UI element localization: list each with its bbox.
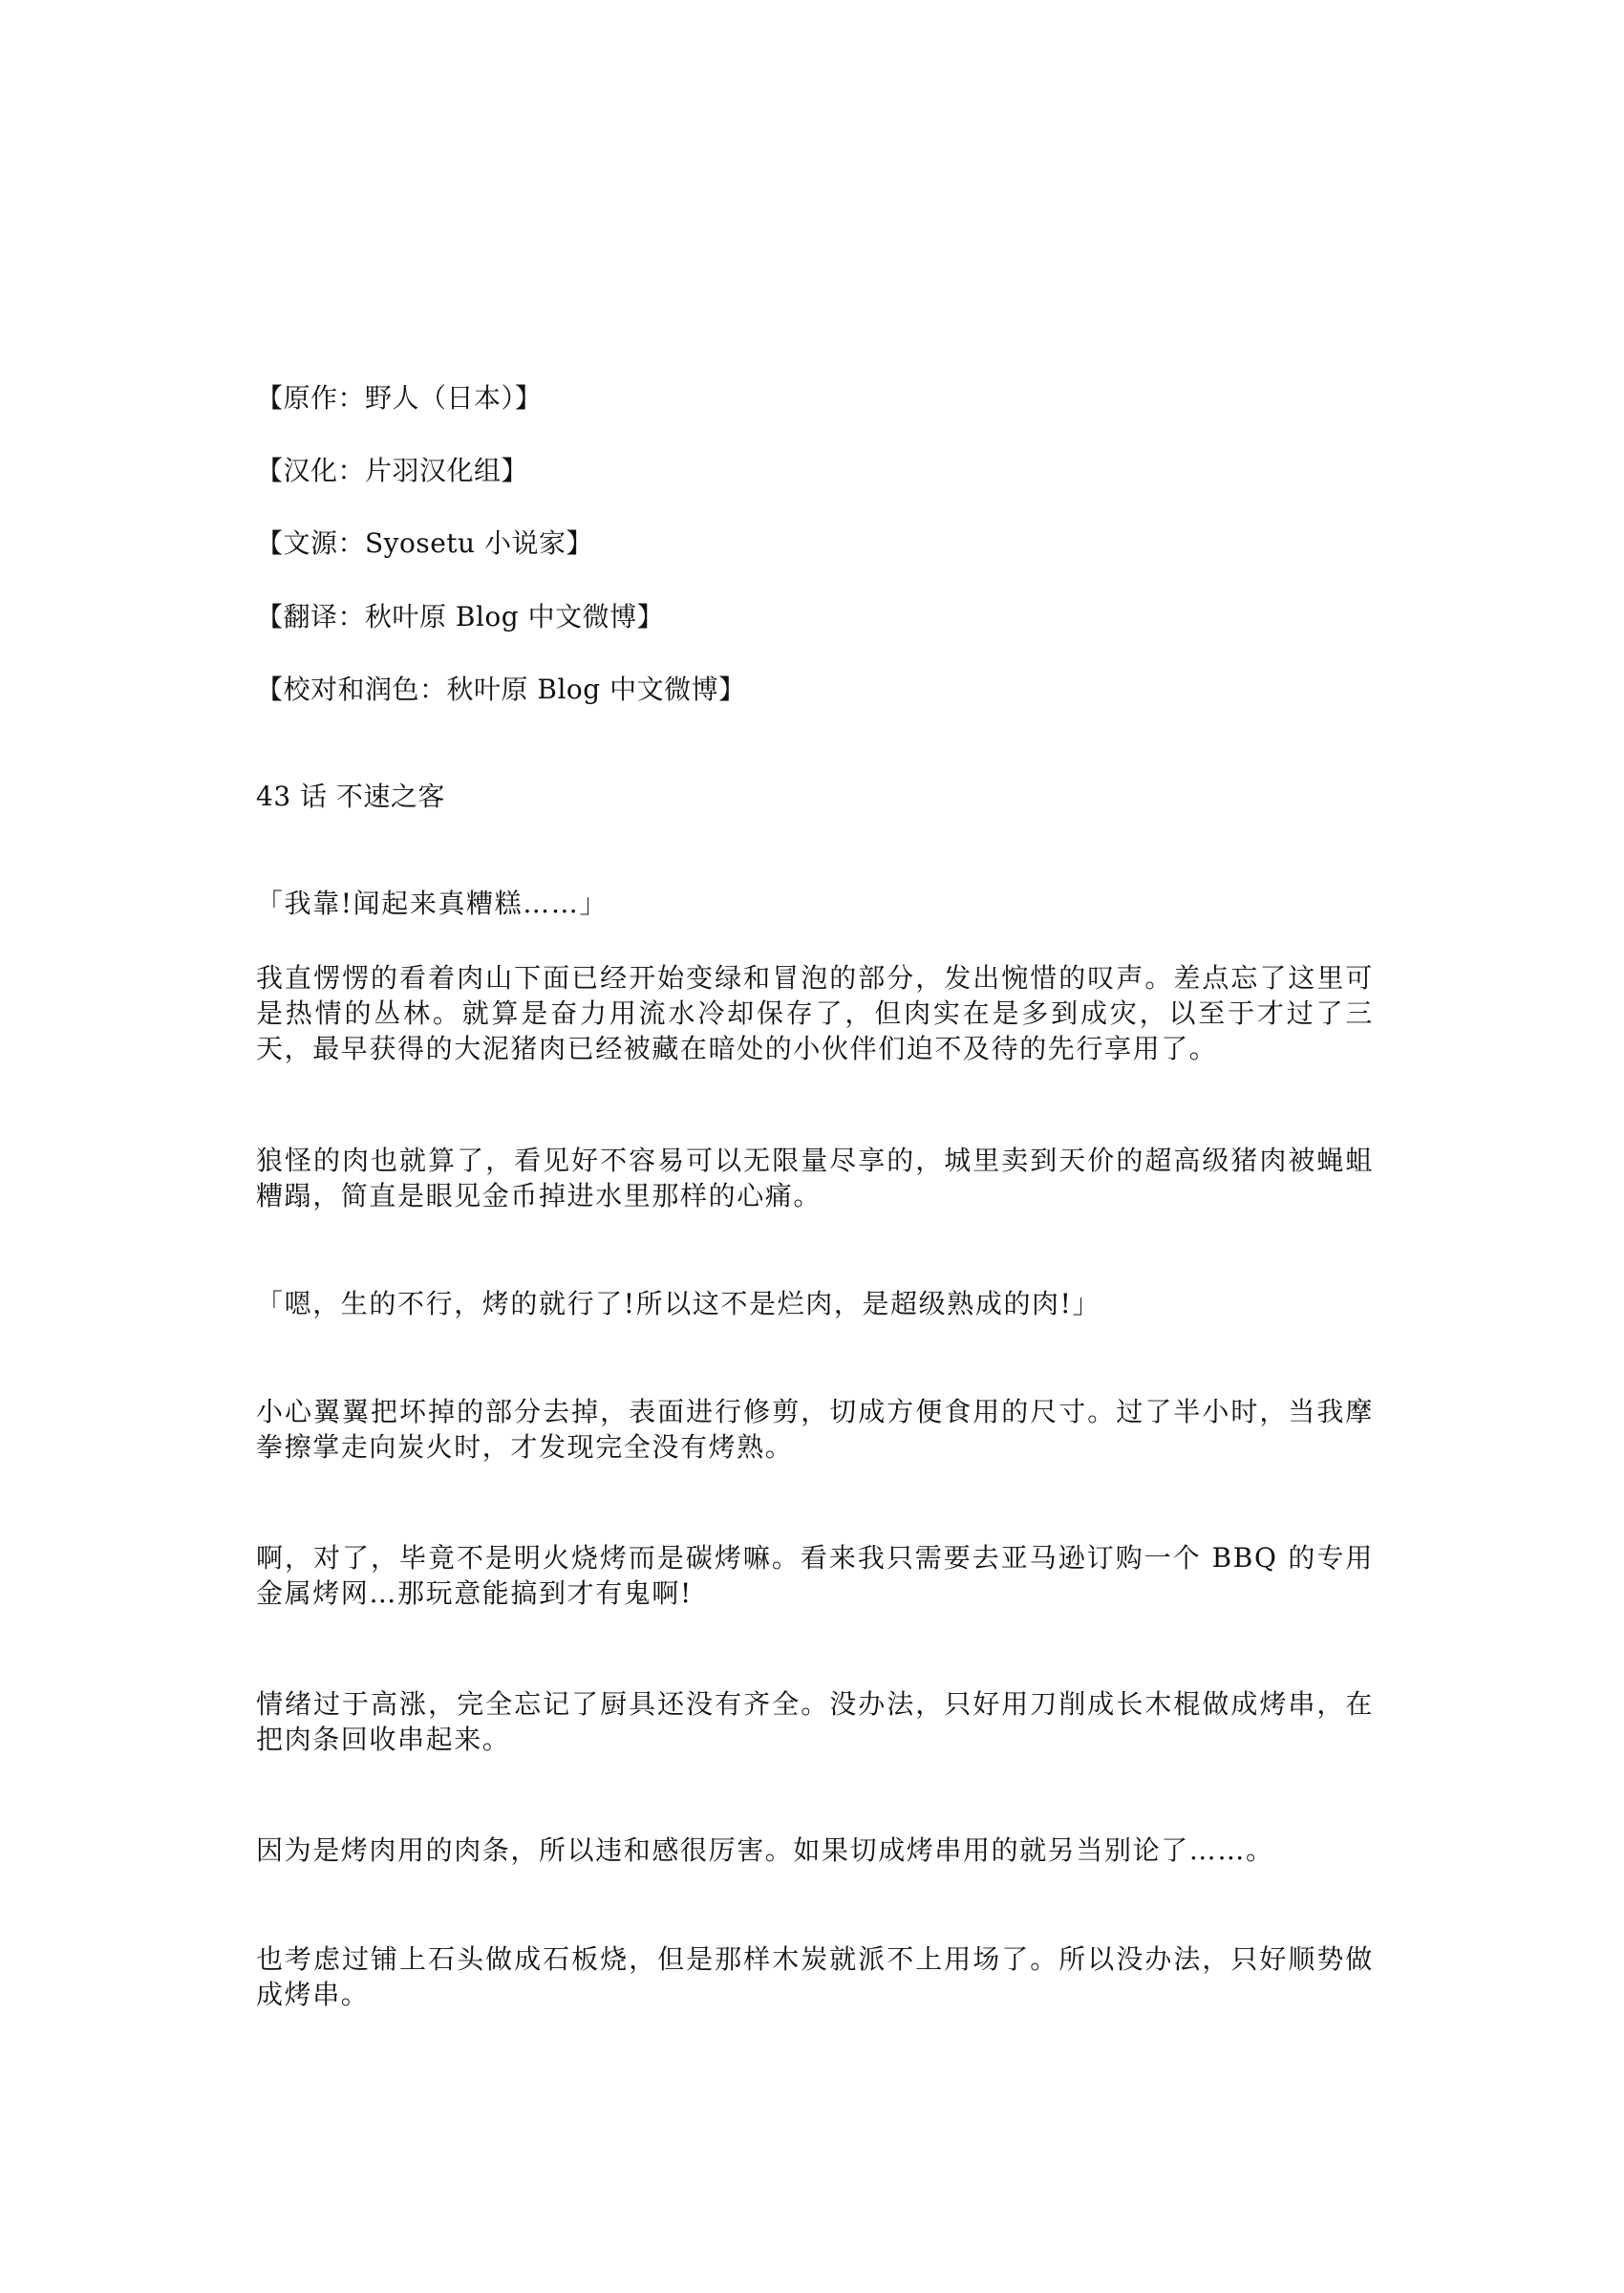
paragraph: 我直愣愣的看着肉山下面已经开始变绿和冒泡的部分，发出惋惜的叹声。差点忘了这里可是… (256, 960, 1374, 1066)
paragraph: 因为是烤肉用的肉条，所以违和感很厉害。如果切成烤串用的就另当别论了……。 (256, 1832, 1374, 1868)
credit-original-author: 【原作：野人（日本）】 (256, 380, 543, 416)
paragraph: 小心翼翼把坏掉的部分去掉，表面进行修剪，切成方便食用的尺寸。过了半小时，当我摩拳… (256, 1394, 1374, 1465)
credit-translator: 【翻译：秋叶原 Blog 中文微博】 (256, 599, 664, 634)
paragraph: 狼怪的肉也就算了，看见好不容易可以无限量尽享的，城里卖到天价的超高级猪肉被蝇蛆糟… (256, 1143, 1374, 1213)
credit-localization-group: 【汉化：片羽汉化组】 (256, 453, 528, 488)
paragraph: 「嗯，生的不行，烤的就行了!所以这不是烂肉，是超级熟成的肉!」 (256, 1286, 1374, 1321)
paragraph: 啊，对了，毕竟不是明火烧烤而是碳烤嘛。看来我只需要去亚马逊订购一个 BBQ 的专… (256, 1540, 1374, 1611)
paragraph: 情绪过于高涨，完全忘记了厨具还没有齐全。没办法，只好用刀削成长木棍做成烤串，在把… (256, 1686, 1374, 1757)
chapter-title: 43 话 不速之客 (256, 779, 445, 814)
credit-proofreader: 【校对和润色：秋叶原 Blog 中文微博】 (256, 672, 746, 707)
credit-text-source: 【文源：Syosetu 小说家】 (256, 525, 593, 561)
paragraph: 「我靠!闻起来真糟糕……」 (256, 886, 1374, 921)
paragraph: 也考虑过铺上石头做成石板烧，但是那样木炭就派不上用场了。所以没办法，只好顺势做成… (256, 1941, 1374, 2012)
